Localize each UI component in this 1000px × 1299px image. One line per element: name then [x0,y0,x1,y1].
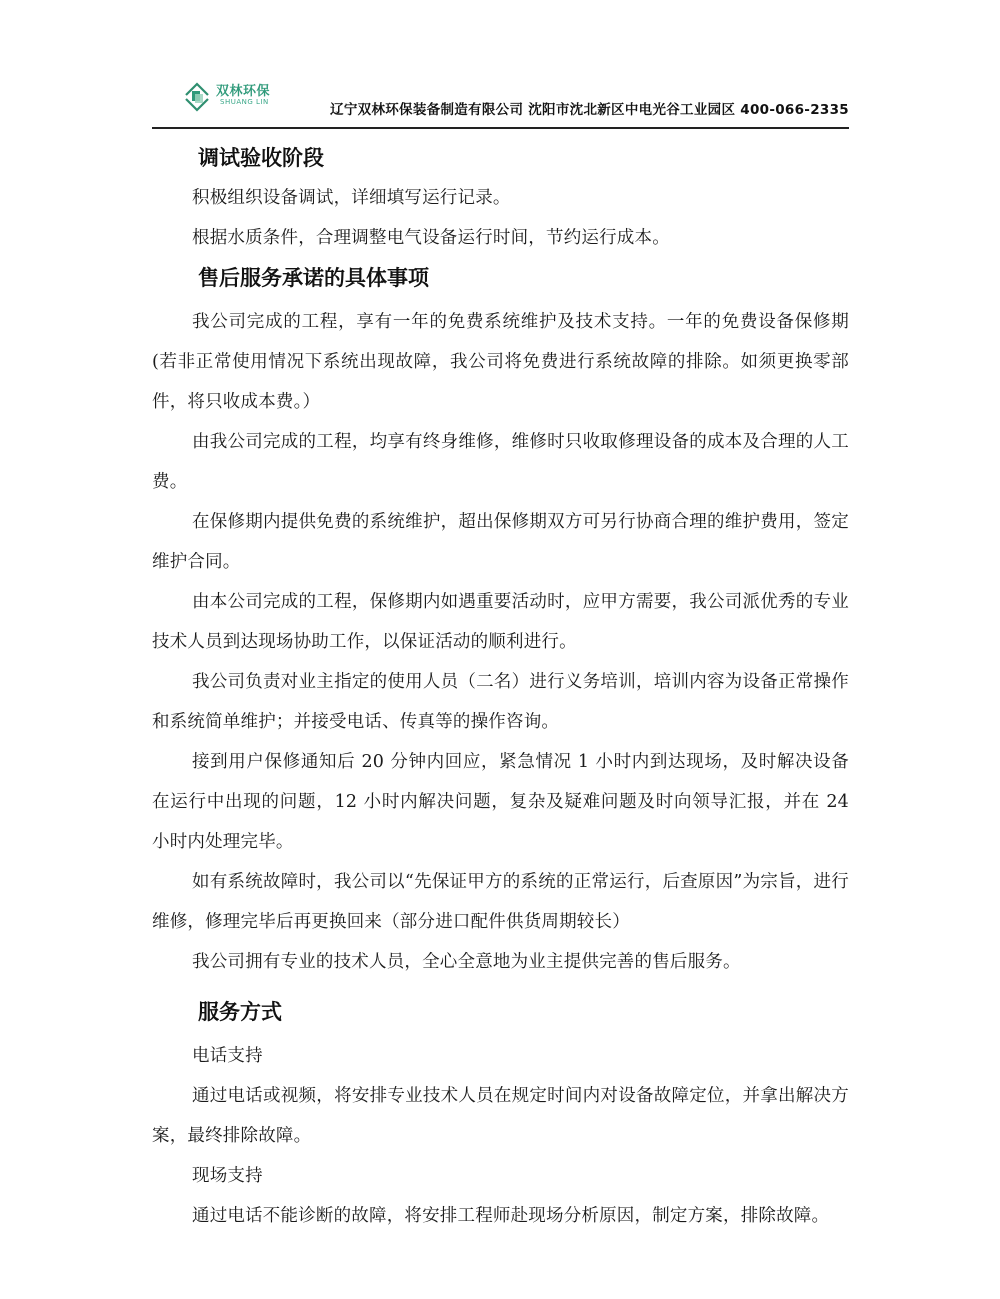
company-logo: 双林环保 SHUANG LIN [182,76,282,116]
paragraph: 我公司拥有专业的技术人员，全心全意地为业主提供完善的售后服务。 [152,942,849,982]
section-title-after-sales-commitments: 售后服务承诺的具体事项 [152,258,849,298]
paragraph: 由本公司完成的工程，保修期内如遇重要活动时，应甲方需要，我公司派优秀的专业技术人… [152,582,849,662]
paragraph: 通过电话不能诊断的故障，将安排工程师赴现场分析原因，制定方案，排除故障。 [152,1196,849,1236]
logo-english-text: SHUANG LIN [220,98,269,106]
paragraph: 在保修期内提供免费的系统维护，超出保修期双方可另行协商合理的维护费用，签定维护合… [152,502,849,582]
paragraph: 由我公司完成的工程，均享有终身维修，维修时只收取修理设备的成本及合理的人工费。 [152,422,849,502]
logo-chinese-text: 双林环保 [216,80,270,99]
paragraph: 我公司负责对业主指定的使用人员（二名）进行义务培训，培训内容为设备正常操作和系统… [152,662,849,742]
header-divider [152,127,849,129]
section-title-service-methods: 服务方式 [152,992,849,1032]
logo-diamond-icon [182,80,216,114]
page-header: 双林环保 SHUANG LIN 辽宁双林环保装备制造有限公司 沈阳市沈北新区中电… [152,70,849,128]
paragraph: 积极组织设备调试，详细填写运行记录。 [152,178,849,218]
subheading-onsite-support: 现场支持 [152,1156,849,1196]
document-page: 双林环保 SHUANG LIN 辽宁双林环保装备制造有限公司 沈阳市沈北新区中电… [0,0,1000,1299]
paragraph: 如有系统故障时，我公司以“先保证甲方的系统的正常运行，后查原因”为宗旨，进行维修… [152,862,849,942]
paragraph: 通过电话或视频，将安排专业技术人员在规定时间内对设备故障定位，并拿出解决方案，最… [152,1076,849,1156]
paragraph: 接到用户保修通知后 20 分钟内回应，紧急情况 1 小时内到达现场，及时解决设备… [152,742,849,862]
section-title-commissioning: 调试验收阶段 [152,138,849,178]
document-body: 调试验收阶段 积极组织设备调试，详细填写运行记录。 根据水质条件，合理调整电气设… [152,138,849,1236]
paragraph: 我公司完成的工程，享有一年的免费系统维护及技术支持。一年的免费设备保修期(若非正… [152,302,849,422]
subheading-phone-support: 电话支持 [152,1036,849,1076]
paragraph: 根据水质条件，合理调整电气设备运行时间，节约运行成本。 [152,218,849,258]
company-info: 辽宁双林环保装备制造有限公司 沈阳市沈北新区中电光谷工业园区 400-066-2… [330,98,849,118]
